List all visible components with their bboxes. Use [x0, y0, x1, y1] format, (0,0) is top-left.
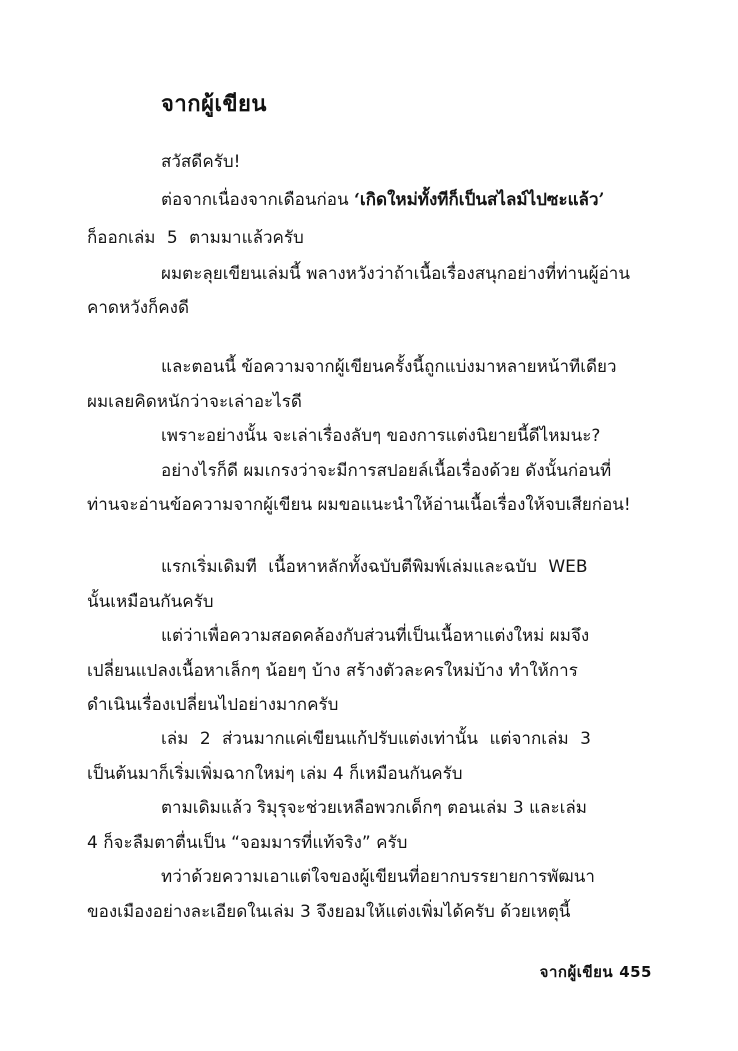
text-line: 4 ก็จะลืมตาตื่นเป็น “จอมมารที่แท้จริง” ค… — [87, 831, 407, 855]
page-number: 455 — [619, 963, 652, 981]
text-line: ผมตะลุยเขียนเล่มนี้ พลางหวังว่าถ้าเนื้อเ… — [161, 262, 630, 286]
text-line: เล่ม 2 ส่วนมากแค่เขียนแก้ปรับแต่งเท่านั้… — [161, 727, 591, 751]
text-line: แรกเริ่มเดิมที เนื้อหาหลักทั้งฉบับตีพิมพ… — [161, 555, 588, 579]
text-line: เปลี่ยนแปลงเนื้อหาเล็กๆ น้อยๆ บ้าง สร้าง… — [87, 659, 578, 683]
page-title: จากผู้เขียน — [161, 86, 267, 121]
text-line: ผมเลยคิดหนักว่าจะเล่าอะไรดี — [87, 390, 302, 414]
text-line: เป็นต้นมาก็เริ่มเพิ่มฉากใหม่ๆ เล่ม 4 ก็เ… — [87, 762, 463, 786]
text-line: ทว่าด้วยความเอาแต่ใจของผู้เขียนที่อยากบร… — [161, 865, 595, 889]
text-line: สวัสดีครับ! — [161, 150, 240, 174]
text-line: ต่อจากเนื่องจากเดือนก่อน ‘เกิดใหม่ทั้งที… — [161, 188, 604, 212]
book-title-emphasis: ‘เกิดใหม่ทั้งทีก็เป็นสไลม์ไปซะแล้ว’ — [354, 190, 604, 210]
text-line: ของเมืองอย่างละเอียดในเล่ม 3 จึงยอมให้แต… — [87, 900, 570, 924]
text-line: นั้นเหมือนกันครับ — [87, 590, 214, 614]
text-span: ต่อจากเนื่องจากเดือนก่อน — [161, 190, 354, 210]
text-line: คาดหวังก็คงดี — [87, 296, 189, 320]
text-line: อย่างไรก็ดี ผมเกรงว่าจะมีการสปอยล์เนื้อเ… — [161, 459, 611, 483]
text-line: ตามเดิมแล้ว ริมุรุจะช่วยเหลือพวกเด็กๆ ตอ… — [161, 796, 587, 820]
text-line: ก็ออกเล่ม 5 ตามมาแล้วครับ — [87, 226, 304, 250]
text-line: ดำเนินเรื่องเปลี่ยนไปอย่างมากครับ — [87, 693, 338, 717]
page-footer: จากผู้เขียน455 — [540, 960, 652, 984]
text-line: เพราะอย่างนั้น จะเล่าเรื่องลับๆ ของการแต… — [161, 424, 600, 448]
running-header: จากผู้เขียน — [540, 963, 614, 981]
book-page: จากผู้เขียน สวัสดีครับ! ต่อจากเนื่องจากเ… — [0, 0, 738, 1051]
text-line: แต่ว่าเพื่อความสอดคล้องกับส่วนที่เป็นเนื… — [161, 624, 589, 648]
text-line: ท่านจะอ่านข้อความจากผู้เขียน ผมขอแนะนำให… — [87, 493, 631, 517]
text-line: และตอนนี้ ข้อความจากผู้เขียนครั้งนี้ถูกแ… — [161, 355, 617, 379]
